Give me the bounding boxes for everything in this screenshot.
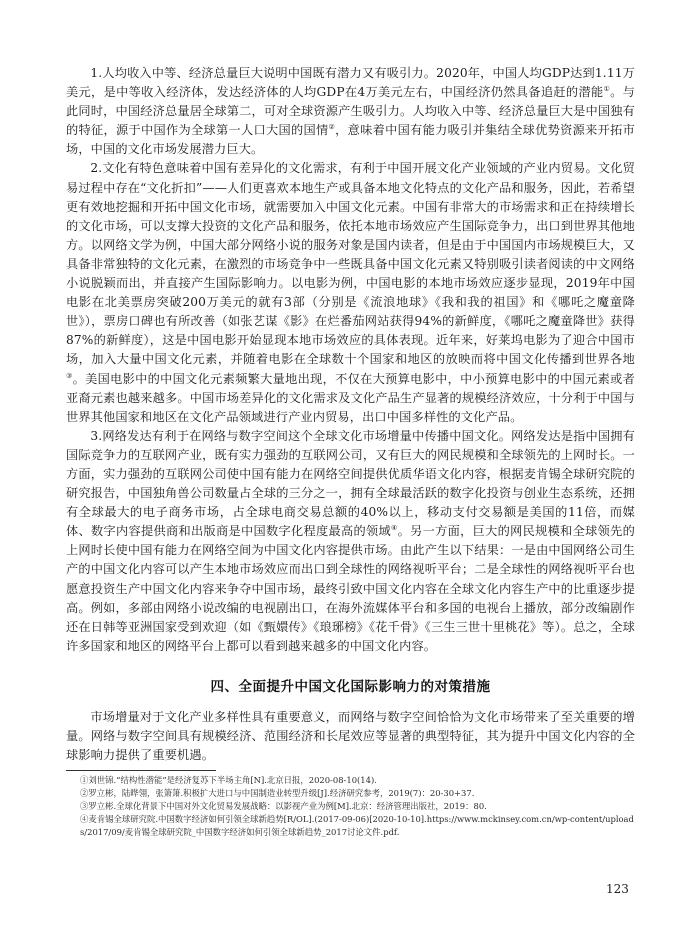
paragraph-text: 。另一方面，巨大的网民规模和全球领先的上网时长使中国有能力在网络空间为中国文化内… bbox=[66, 524, 635, 653]
footnote-list: ①刘世锦.“结构性潜能”是经济复苏下半场主角[N].北京日报，2020-08-1… bbox=[66, 774, 635, 839]
paragraph-text: 1.人均收入中等、经济总量巨大说明中国既有潜力又有吸引力。2020年，中国人均G… bbox=[66, 66, 635, 99]
paragraph-1: 1.人均收入中等、经济总量巨大说明中国既有潜力又有吸引力。2020年，中国人均G… bbox=[66, 64, 635, 159]
paragraph-3: 3.网络发达有利于在网络与数字空间这个全球文化市场增量中传播中国文化。网络发达是… bbox=[66, 427, 635, 656]
footnote-1: ①刘世锦.“结构性潜能”是经济复苏下半场主角[N].北京日报，2020-08-1… bbox=[66, 774, 635, 787]
paragraph-text: 3.网络发达有利于在网络与数字空间这个全球文化市场增量中传播中国文化。网络发达是… bbox=[66, 429, 635, 538]
footnote-3: ③罗立彬.全球化背景下中国对外文化贸易发展战略：以影视产业为例[M].北京：经济… bbox=[66, 800, 635, 813]
footnote-4: ④麦肯锡全球研究院.中国数字经济如何引领全球新趋势[R/OL].(2017-09… bbox=[66, 813, 635, 839]
paragraph-2: 2.文化有特色意味着中国有差异化的文化需求，有利于中国开展文化产业领域的产业内贸… bbox=[66, 159, 635, 426]
section-paragraph: 市场增量对于文化产业多样性具有重要意义，而网络与数字空间恰恰为文化市场带来了至关… bbox=[66, 708, 635, 765]
footnote-2: ②罗立彬，陆晔翎，张箫箫.积极扩大进口与中国制造业转型升级[J].经济研究参考，… bbox=[66, 787, 635, 800]
page-body: 1.人均收入中等、经济总量巨大说明中国既有潜力又有吸引力。2020年，中国人均G… bbox=[66, 64, 635, 839]
paragraph-text: 。美国电影中的中国文化元素频繁大量地出现，不仅在大预算电影中，中小预算电影中的中… bbox=[66, 372, 635, 424]
footnote-ref-4[interactable]: ④ bbox=[391, 524, 398, 532]
page-number: 123 bbox=[606, 882, 629, 896]
section-heading: 四、全面提升中国文化国际影响力的对策措施 bbox=[66, 677, 635, 697]
footnote-ref-3[interactable]: ③ bbox=[66, 372, 73, 380]
footnote-divider bbox=[66, 770, 216, 771]
paragraph-text: 2.文化有特色意味着中国有差异化的文化需求，有利于中国开展文化产业领域的产业内贸… bbox=[66, 161, 635, 366]
